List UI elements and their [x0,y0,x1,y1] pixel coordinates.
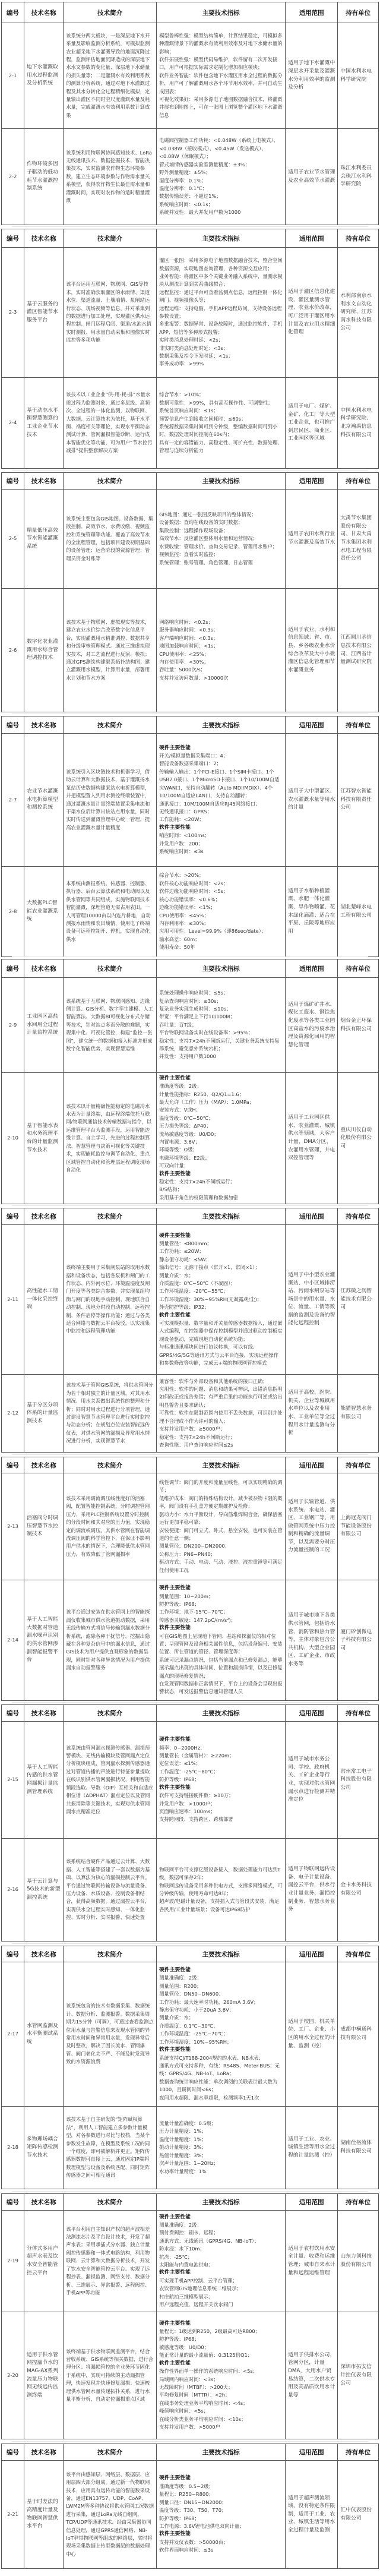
spec-item: 公称压力：PN6~PN40； [159,1551,283,1558]
header-name: 技术名称 [24,229,64,248]
cell-name: 基于动态水平衡智慧测算的工业企业节水技术 [24,378,64,469]
cell-intro: 该终端基于供水物联网监测平台，结合营收系统、GIS系统等相关数据，进行合理分区；… [64,2312,157,2439]
cell-specs: 硬件主要性能测量准确度：2级；预付费阀控：刷卡、远程；通讯方式：无线通讯（GPR… [157,2211,286,2312]
spec-item: 工作环境湿度：30%~95%RH(无凝露/粉尘)； [159,1296,283,1303]
spec-item: 稳定性：支持7×24h不间断运行； [159,1178,283,1186]
spec-item: 无故障时间（MTBF）：>200天； [159,2384,283,2391]
spec-item: 驱动方式：手动、电动、气动、液控、液控重锤等可满足任何使用工况 [159,1558,283,1574]
spec-item: 业务智能：将灌区中多个关键业务融入系统中，量测水模块从测流计算到关系曲线拟合； [159,273,283,289]
spec-item: 温度分辨率：0.1℃； [159,185,283,192]
technology-table: 编号技术名称技术简介主要技术指标适用范围持有单位2-19分体式多用户超声水表及饮… [1,2193,379,2439]
cell-name: 基于云服务的灌区智能节水服务平台 [24,248,64,378]
spec-item: 多重报警：数据异常、设备故障时，通过监控软件、手机APP、短信等多种形式报警； [159,320,283,336]
cell-name: 工业园区高盐水回用全过程计量监控系统 [24,978,64,1073]
header-specs: 主要技术指标 [157,1208,286,1225]
page-break-line [12,2191,368,2192]
cell-intro: 本系统由测报系统、传感器、控制器、执行器、后台云算法系统和电动阀以及供水管网等共… [64,867,157,957]
cell-specs: 硬件主要性能测量管径：≤800mm；工作功耗：≤20W；静态值守功耗：≤5W；输… [157,1225,286,1375]
spec-item: 外壳防护等级：IP32； [159,1303,283,1311]
header-id: 编号 [2,473,24,490]
table-header-row: 编号技术名称技术简介主要技术指标适用范围持有单位 [2,229,379,248]
header-scope: 适用范围 [286,473,338,490]
cell-intro: 该技术基于物联网、虚拟现实等技术，建立农业水价综合改革数字化信息平台，实现灌溉用… [64,589,157,712]
spec-item: 防护等级：IP68； [159,1776,283,1783]
spec-item: 集散控制：远程操作现场设备； [159,527,283,535]
spec-item: 并发用户数：>1000户； [159,1800,283,1808]
spec-item: 测量口径：DN15~DN2000； [159,2499,283,2506]
header-id: 编号 [2,1457,24,1473]
technology-table: 编号技术名称技术简介主要技术指标适用范围持有单位2-3基于云服务的灌区智能节水服… [1,229,379,469]
cell-id: 2-3 [2,248,24,378]
table-header-row: 编号技术名称技术简介主要技术指标适用范围持有单位 [2,959,379,978]
table-block: 编号技术名称技术简介主要技术指标适用范围持有单位2-5精量低压高效节水智能灌溉系… [1,472,379,712]
header-specs: 主要技术指标 [157,959,286,978]
spec-item: 物联网平台可支撑亿级设备接入，数据处理能力可达到T级，数据可保存2年； [159,1866,283,1882]
header-name: 技术名称 [24,1457,64,1473]
header-specs: 主要技术指标 [157,473,286,490]
spec-item: 环境等级：O级； [159,1146,283,1154]
cell-name: 基于时差法的高精度计量及物联网智慧供水平台 [24,2461,64,2569]
cell-scope: 适用于物联网远传设备、电子计量设备、漏控云平台，供水行业计量业务、漏损控制业务、… [286,1839,338,1942]
header-specs: 主要技术指标 [157,2194,286,2211]
spec-item: 无线通讯接口：GPRS； [159,808,283,816]
table-header-row: 编号技术名称技术简介主要技术指标适用范围持有单位 [2,1457,379,1473]
cell-scope: 适用于超声测流领域，没有特定条件限制，适用于工业、农业、城镇生活等用水全过程计量… [286,2461,338,2569]
page-break-line [12,226,368,227]
cell-specs: 硬件主要性能开关/模拟量数据采集端口：4；智能设备数据采集端口：2；传输输入输出… [157,734,286,867]
spec-item: 客户端响应时间：<0.3s； [159,634,283,642]
header-id: 编号 [2,2194,24,2211]
header-owner: 持有单位 [338,1946,379,1962]
spec-item: 工作环境湿度：10%~95%RH； [159,2038,283,2046]
spec-item: 最大允许（工作）压力（MAP）：1.0MPa； [159,1098,283,1106]
spec-section-heading: 软件主要性能 [159,1312,283,1319]
spec-item: 软件边缘功能响应时间：<5s； [159,888,283,895]
spec-item: 系统响应时间：≤3s [159,848,283,855]
page-break-line [12,1205,368,1206]
spec-item: 量程比：1级达到R250，2级最高可达R800； [159,2328,283,2335]
cell-id: 2-19 [2,2211,24,2312]
cell-specs: 硬件主要性能准确度等级：2级；计量性能指标：R250、Q2/Q1=1.6；最大允… [157,1073,286,1204]
cell-specs: 线性调节：阀门的开度和流量呈线性，可以实现精确的调节；低维护成本：阀门的特殊结构… [157,1473,286,1580]
spec-item: 测量介质：水； [159,2014,283,2022]
cell-owner: 熊猫智慧水务有限公司 [338,1375,379,1453]
spec-item: 测量管径：DN50~DN600； [159,1990,283,1998]
spec-item: 支持并发用户数：>5000户 [159,2423,283,2431]
spec-item: 与标准通讯模块间进行协议转换，可以有线、GPRS/4G/5G等通讯方式与云平台连… [159,1343,283,1367]
cell-owner: 厦门矽创微电子科技有限公司 [338,1580,379,1701]
cell-intro: 该系统包含的技术有数据采集、数据统计、数据分析、监测报警。数据采集周期为15分钟… [64,1962,157,2107]
spec-item: 压力计量精度：1%； [159,2127,283,2135]
cell-owner: 珠江水利委员会珠江水利科学研究院 [338,129,379,225]
cell-intro: 该技术以计量精确性能稳定的电磁冷水水表为计量终端，由远程终端依托互联网/物联网通… [64,1073,157,1204]
spec-item: 综合节水：>10%； [159,391,283,399]
cell-id: 2-12 [2,1375,24,1453]
spec-item: 实时类消息处理时延：<2s； [159,336,283,344]
spec-item: 数据采集及指令下发时延：<1s； [159,352,283,360]
spec-item: GIS地图：通过一张图反映项目的整体情况； [159,511,283,519]
cell-scope: 适用于工业园区供水、农业灌溉、城镇供水等领域，大客户计量、DMA分区、农灌用水管… [286,1073,338,1204]
cell-name: 基于智能水表和水务管理平台的计量监测节水技术 [24,1073,64,1204]
page-break-line [12,714,368,714]
spec-item: 水费收缴：管理水价、查询交易记录、管理用水账户； [159,543,283,551]
spec-item: 系统可记录漏点情况，包括当前漏点和已修复漏点，能够展示漏点出现的具体时间、位置和… [159,1656,283,1680]
table-row: 2-19分体式多用户超声水表及饮水安全智能管控云平台该平台利用自主知识产权的超声… [2,2211,379,2312]
cell-scope: 适用于供排水公司，管网分区，计量DMA，大用水户贸易结算，二次供水专用及高品质饮… [286,2312,338,2439]
header-name: 技术名称 [24,473,64,490]
cell-owner: 常州常工电子科技股份有限公司 [338,1722,379,1839]
spec-item: 高效节水：反应灌区整体用水量和运营情况； [159,535,283,542]
spec-section-heading: 硬件主要性能 [159,2320,283,2328]
cell-owner: 江苏微之润智能技术有限公司 [338,1225,379,1375]
spec-item: 系统处理操作响应时间：≤5s； [159,989,283,997]
spec-item: 在线事务处理业务平均响应时间：<4s； [159,2400,283,2407]
table-block: 编号技术名称技术简介主要技术指标适用范围持有单位2-21基于时差法的高精度计量及… [1,2444,379,2569]
header-name: 技术名称 [24,716,64,734]
spec-item: 安装便捷：阀门可立式、卧式、悬空安装，也可安装在管道的任意一侧； [159,1527,283,1543]
cell-intro: 该平台由感知层、网络层、数据层、应用层四大部分组成。通过新一代物联网技术，应用具… [64,2461,157,2569]
spec-item: 介质温度：0.1℃~30℃； [159,2022,283,2030]
spec-item: 电磁环境等级：E2级； [159,1154,283,1162]
spec-item: 热值计量精度：3%； [159,2152,283,2160]
table-row: 2-15基于人工智能传感的供水管网漏损计量监测管理系统该系统由管网漏水探测传感器… [2,1722,379,1839]
table-header-row: 编号技术名称技术简介主要技术指标适用范围持有单位 [2,2194,379,2211]
header-owner: 持有单位 [338,2444,379,2461]
spec-item: 事务成功率：>99% [159,360,283,368]
cell-id: 2-21 [2,2461,24,2569]
spec-item: 工作电源：3.6V锂电池供电双向计量； [159,2523,283,2530]
cell-id: 2-4 [2,378,24,469]
spec-item: 准确度等级：0.5~2级； [159,2483,283,2490]
spec-item: 核心功能错误率：<0.6%； [159,896,283,904]
header-name: 技术名称 [24,1208,64,1225]
table-row: 2-13活塞阀分时调压智慧节水控制技术该技术采用调流调压线性度好的活塞阀，配置智… [2,1473,379,1580]
table-row: 2-2作物环境多因子驱动的低功耗节水灌溉控制系统该系统利用物联网协同感知技术、L… [2,129,379,225]
spec-section-heading: 软件主要性能 [159,2360,283,2367]
spec-item: 电磁阀控制器工作功耗：<0.048W（系统上电模式）、<0.038W（接收模式）… [159,137,283,160]
spec-item: 次声计量范围：1~20Hz； [159,2160,283,2167]
spec-item: 设备数据：查询在线设备的实时数据； [159,519,283,526]
header-id: 编号 [2,1208,24,1225]
spec-item: 安装方式：V或H； [159,1106,283,1114]
spec-item: 局域网内响应时间：<3s； [159,2376,283,2384]
cell-specs: 物联网平台可支撑亿级设备接入，数据处理能力可达到T级，数据可保存2年；物联网远传… [157,1839,286,1942]
cell-id: 2-16 [2,1839,24,1942]
header-specs: 主要技术指标 [157,2,286,23]
table-row: 2-12基于分区分项体系的计量监测技术该技术基于管网GIS系统，将供水管网分为若… [2,1375,379,1453]
table-row: 2-8大数据PLC智能农业灌溉系统本系统由测报系统、传感器、控制器、执行器、后台… [2,867,379,957]
header-intro: 技术简介 [64,1946,157,1962]
cell-intro: 该终端主要用于采集闸泵站的取用水数据和设备状态，包括各泵机和闸门的工作状态、内外… [64,1225,157,1375]
spec-item: 测量介质：水； [159,1272,283,1280]
spec-item: 兼容性：软件与外部设备和其他系统的接口正确； [159,1378,283,1385]
cell-owner: 水利部南京水利水文自动化研究所、江苏南水科技有限公司 [338,248,379,378]
cell-name: 数字化农业灌溉用水综合管理调控技术 [24,589,64,712]
spec-item: B/S结构； [159,1186,283,1194]
spec-item: 吞吐量：5000次/s； [159,666,283,674]
cell-id: 2-13 [2,1473,24,1580]
spec-section-heading: 软件主要性能 [159,1784,283,1792]
page-break-line [12,1702,368,1703]
spec-item: 智能设备数据采集端口：2； [159,760,283,768]
spec-item: 吞吐量：百T级； [159,1021,283,1029]
spec-item: 测量管径：≤800mm； [159,1240,283,1248]
header-id: 编号 [2,2444,24,2461]
spec-item: 支持并发访问数量：>10000次 [159,674,283,682]
header-intro: 技术简介 [64,2194,157,2211]
table-header-row: 编号技术名称技术简介主要技术指标适用范围持有单位 [2,1208,379,1225]
technology-table: 编号技术名称技术简介主要技术指标适用范围持有单位2-21基于时差法的高精度计量及… [1,2444,379,2569]
spec-item: 通讯方式可支持多种，有线：RS485、Meter-BUS；无线：GPRS/4G、… [159,2062,283,2078]
cell-id: 2-2 [2,129,24,225]
cell-specs: 硬件主要性能准确度等级：0.5~2级；量程比：R250~R800；测量口径：DN… [157,2461,286,2569]
header-scope: 适用范围 [286,716,338,734]
spec-section-heading: 硬件主要性能 [159,744,283,752]
spec-item: 测量准确度：2级； [159,2221,283,2229]
cell-specs: 硬件主要性能测量准确度：2级；测量范围：R200；测量管径：DN50~DN600… [157,1962,286,2107]
spec-item: 温度计量精度：1%； [159,2136,283,2143]
spec-item: 预警信息产生到接收之间耗时：≤60s； [159,415,283,423]
spec-item: 通讯接口：10M/100M自适应RJ45网络接口； [159,800,283,808]
table-row: 2-20适用于供水管网控漏节水的MAG-AX系列流量压力物联网无线远传监测终端该… [2,2312,379,2439]
header-id: 编号 [2,1705,24,1722]
spec-item: 稳定性：支持7×24h不间断运行，关键业务系统支持集群系统，避免意外系统宕机； [159,1037,283,1053]
spec-item: 数据可靠性：>99%，具有高互操作性、可调整性； [159,399,283,407]
cell-owner: 金卡水务科技有限公司 [338,1839,379,1942]
page-break-line [12,470,368,471]
cell-intro: 该系统基于互联网、物联网感知、边缘侧计算、GIS分析、数字孪生建模、人工智能算法… [64,978,157,1073]
table-row: 2-18多物理场耦合矩阵传感检测节水技术该技术基于自主研发的“矩阵赋权算法”，利… [2,2107,379,2189]
spec-item: 可靠性：软件在限制范围内使用不丢失数据，可识别并处理不合理或不作为许可的输入； [159,1409,283,1425]
spec-item: 稳定性：支持7×24h不间断运行； [159,1434,283,1441]
spec-item: 并发用户数：200； [159,840,283,848]
technology-table: 编号技术名称技术简介主要技术指标适用范围持有单位2-5精量低压高效节水智能灌溉系… [1,472,379,712]
table-row: 2-14基于人工智能大数据对管道漏水噪声识别的供水管网渗漏智能报警平台该平台通过… [2,1580,379,1701]
cell-id: 2-9 [2,978,24,1073]
cell-intro: 该系统分两大板块，一是深层地下水开采量及影响监测分析系统，可模拟监测农业超采地下… [64,23,157,129]
header-id: 编号 [2,2,24,23]
spec-item: 开关/模拟量数据采集端口：4； [159,752,283,760]
spec-item: CPU使用率：≤45%； [159,912,283,920]
page-break-line [12,956,368,957]
table-row: 2-5精量低压高效节水智能灌溉系统该系统主要包含GIS地图、设备数据、集散控制、… [2,490,379,589]
cell-scope: 适用于城市水务公司、学校、政府机关、工矿企业等行业，实现对供水管网漏水点进行检测… [286,1722,338,1839]
table-block: 编号技术名称技术简介主要技术指标适用范围持有单位2-3基于云服务的灌区智能节水服… [1,229,379,469]
header-scope: 适用范围 [286,959,338,978]
header-name: 技术名称 [24,1946,64,1962]
cell-id: 2-10 [2,1073,24,1204]
header-specs: 主要技术指标 [157,1457,286,1473]
spec-item: 查询性能：用户查询响应时间≤2s [159,1441,283,1449]
spec-item: 村庄航拍三维模型展示； [159,2293,283,2301]
spec-item: 计量性能指标：R250、Q2/Q1=1.6； [159,1091,283,1098]
cell-name: 多物理场耦合矩阵传感检测节水技术 [24,2107,64,2189]
technology-table: 编号技术名称技术简介主要技术指标适用范围持有单位2-13活塞阀分时调压智慧节水控… [1,1457,379,1701]
spec-item: 复杂业务实现生成时间：≤10s； [159,1005,283,1013]
spec-item: 响应时间：<100ms； [159,832,283,839]
header-specs: 主要技术指标 [157,2444,286,2461]
spec-item: 传输输入输出：1个PCI-E接口、1个SIM卡接口、1个USB2.0接口、1个M… [159,768,283,800]
spec-item: 工作环境温度：-20℃~55℃； [159,1287,283,1295]
cell-intro: 该系统结合硬件产品通过云计算、大数据、人工智能等搭建了一套以数据为基础、以算法为… [64,1839,157,1942]
cell-name: 作物环境多因子驱动的低功耗节水灌溉控制系统 [24,129,64,225]
cell-id: 2-8 [2,867,24,957]
header-owner: 持有单位 [338,1705,379,1722]
page-break-line [12,2441,368,2442]
cell-owner: 江苏智水智能科技有限责任公司 [338,734,379,867]
header-scope: 适用范围 [286,1457,338,1473]
table-header-row: 编号技术名称技术简介主要技术指标适用范围持有单位 [2,2,379,23]
spec-item: 可实现手机APP控制、云平台管理； [159,2277,283,2285]
header-intro: 技术简介 [64,1208,157,1225]
cell-owner: 江西圆川丞信息技术有限公司、江西省计量测试研究院 [338,589,379,712]
spec-item: 传感器灵敏度：147.2pC/(m/s²)； [159,1617,283,1624]
spec-item: 超声波/电磁计量设备，支持插入式与管段式安装，满足各民用/工业计量场景；设备可达… [159,1898,283,1914]
spec-item: 工作能耗：<20W； [159,816,283,823]
spec-item: 支持并发仪表数：>50000台； [159,2539,283,2546]
spec-item: 软件拓展性强：模型代码易维护，软件留有二次开发接口，用户可根据实际需求定制化增加… [159,56,283,72]
spec-item: 可双向计量； [159,1162,283,1170]
spec-item: 峰值响应时间：<5s； [159,2407,283,2415]
spec-section-heading: 硬件主要性能 [159,1075,283,1082]
cell-scope: 适用于农田水利行业节水灌溉及高效节水 [286,490,338,589]
spec-section-heading: 软件主要性能 [159,2269,283,2277]
spec-item: 线性调节：阀门的开度和流量呈线性，可以实现精确的调节； [159,1479,283,1495]
header-intro: 技术简介 [64,229,157,248]
cell-intro: 该系统主要包含GIS地图、设备数据、集散控制、高效节水、水费收缴、视频监控和系统… [64,490,157,589]
cell-intro: 该技术以工业企业“供-用-耗-排”水量水质过程为监测对象，通过多层级、高频次、全… [64,378,157,469]
table-row: 2-21基于时差法的高精度计量及物联网智慧供水平台该平台由感知层、网络层、数据层… [2,2461,379,2569]
cell-id: 2-15 [2,1722,24,1839]
cell-id: 2-17 [2,1962,24,2107]
spec-item: 系统首页响应时间：≤1s； [159,407,283,415]
spec-item: 管式墒情传感器实验室测量精度：±3%； [159,161,283,169]
cell-name: 水管网监测及水平衡测试系统 [24,1962,64,2107]
cell-intro: 该技术基于自主研发的“矩阵赋权算法”，利用人工智能建立多参数计量模型，对各参数进… [64,2107,157,2189]
spec-section-heading: 硬件主要性能 [159,1736,283,1744]
cell-scope: 适用于煤矿矿井水、煤化工废水、钢铁焦化废水等各类工业园区高盐水的污废水治理及资源… [286,978,338,1073]
cell-name: 精量低压高效节水智能灌溉系统 [24,490,64,589]
spec-item: 采用基于角色的权限管理和数据加密 [159,1194,283,1202]
table-row: 2-10基于智能水表和水务管理平台的计量监测节水技术该技术以计量精确性能稳定的电… [2,1073,379,1204]
cell-specs: 灌区一张图：采用多源电子地图数据融合技术，整合空间数据资源，实现地图查询管理，各… [157,248,286,378]
spec-item: 边缘功能错误率：<1%； [159,904,283,911]
header-specs: 主要技术指标 [157,229,286,248]
spec-item: 软件界面响应时间：≤3s [159,2546,283,2554]
table-header-row: 编号技术名称技术简介主要技术指标适用范围持有单位 [2,2444,379,2461]
spec-item: 抗冻：-25℃； [159,2253,283,2261]
header-intro: 技术简介 [64,716,157,734]
cell-name: 基于人工智能大数据对管道漏水噪声识别的供水管网渗漏智能报警平台 [24,1580,64,1701]
header-name: 技术名称 [24,959,64,978]
page-break-line [12,1943,368,1944]
spec-item: 系统并发性：最大并发用户数为1000 [159,209,283,216]
spec-item: 流量计量准确度：0.5级； [159,2120,283,2127]
spec-item: 工作环境温度：-25℃~70℃； [159,2030,283,2038]
spec-item: 湿度分辨率：0.1%； [159,177,283,185]
spec-item: 数据传输误差：不超过1%； [159,192,283,200]
header-owner: 持有单位 [338,473,379,490]
spec-item: 预付费阀控：刷卡、远程； [159,2229,283,2237]
cell-owner: 上海冠龙阀门节能设备股份有限公司 [338,1473,379,1580]
spec-item: 介质温度：0℃~50℃（不凝固）； [159,1280,283,1287]
technology-table: 编号技术名称技术简介主要技术指标适用范围持有单位2-1地下水灌溉取用水过程监测及… [1,2,379,225]
technology-table: 编号技术名称技术简介主要技术指标适用范围持有单位2-11高性能水工情一体化采控终… [1,1208,379,1453]
cell-owner: 成都中横通科技有限公司 [338,1962,379,2107]
spec-item: 通讯方式：无线通讯（GPRS/4G、NB-IoT）； [159,2237,283,2245]
spec-item: 系统响应时间：<0.1s； [159,201,283,209]
cell-scope: 适用于长输管道、供水系统、水电站、灌区、工业钢厂等，用做管网系统中压力控制和精确… [286,1473,338,1580]
cell-owner: 深圳市拓安信计控仪表有限公司 [338,2312,379,2439]
table-row: 2-1地下水灌溉取用水过程监测及分析系统该系统分两大板块，一是深层地下水开采量及… [2,23,379,129]
spec-item: 输出信号：无源干接点（常开×1，常闭×1）； [159,1264,283,1271]
cell-owner: 中国水利水电科学研究院、北京瀚禹信息科技有限公司 [338,378,379,469]
header-intro: 技术简介 [64,959,157,978]
cell-name: 基于云计算与5G技术的新型漏控系统 [24,1839,64,1942]
spec-item: 可在GIS地图上呈现地下管网、基站和探漏仪的相对位置；呈现管网及设备相关属性信息… [159,1633,283,1656]
spec-item: 远程运维：支持电脑、手机APP远程访问，支持设备远程参数设置； [159,305,283,321]
cell-intro: 该系统由管网漏水探测传感器、漏损预警模块、无线传输模块及管网漏点定位分析模块组成… [64,1722,157,1839]
cell-specs: 流量计量准确度：0.5级；压力计量精度：1%；温度计量精度：1%；振动计量精度：… [157,2107,286,2189]
cell-name: 活塞阀分时调压智慧节水控制技术 [24,1473,64,1580]
header-name: 技术名称 [24,1705,64,1722]
technology-table: 编号技术名称技术简介主要技术指标适用范围持有单位2-7农业节水灌溉水电折算模型和… [1,716,379,957]
cell-owner: 烟台金正环保科技有限公司 [338,978,379,1073]
spec-item: 软件业务智能：软件包含地下水灌区用水全过程的数据分析，用户可了解灌溉用水各个环节… [159,72,283,96]
header-owner: 持有单位 [338,229,379,248]
spec-item: 测量管长（金属管材）：≥220m； [159,1752,283,1760]
table-block: 编号技术名称技术简介主要技术指标适用范围持有单位2-11高性能水工情一体化采控终… [1,1208,379,1453]
spec-item: 内置电源：3.6V； [159,1138,283,1146]
spec-item: 内存使用率：<30%； [159,658,283,666]
spec-item: 远程监控：通过平台可查看监测点信息，远程控制一体化闸门、视频摄像头等； [159,289,283,305]
cell-scope: 适用于工业、农业、城镇生活等用水全过程的计量监测（控） [286,2107,338,2189]
cell-name: 地下水灌溉取用水过程监测及分析系统 [24,23,64,129]
header-id: 编号 [2,229,24,248]
table-block: 编号技术名称技术简介主要技术指标适用范围持有单位2-19分体式多用户超声水表及饮… [1,2193,379,2439]
cell-scope: 适用于农业节水管理及农业高效节水灌溉 [286,129,338,225]
cell-name: 基于人工智能传感的供水管网漏损计量监测管理系统 [24,1722,64,1839]
cell-name: 高性能水工情一体化采控终端 [24,1225,64,1375]
cell-intro: 该系统利用物联网协同感知技术、LoRa无线通讯技术、数据挖掘技术、智能决策技术，… [64,129,157,225]
table-header-row: 编号技术名称技术简介主要技术指标适用范围持有单位 [2,1946,379,1962]
table-block: 编号技术名称技术简介主要技术指标适用范围持有单位2-15基于人工智能传感的供水管… [1,1704,379,1942]
spec-item: 软件可支持链接硬件数：≥10万； [159,1792,283,1800]
header-specs: 主要技术指标 [157,716,286,734]
spec-item: 综合节水：>20%； [159,872,283,879]
cell-specs: 硬件主要性能测量范围：10~200m；防护等级：IP68；工作环境：地下-15℃… [157,1580,286,1701]
spec-item: 用户远程充值、远程开关饮水阀门 [159,2301,283,2309]
cell-scope: 适用于大中型灌区、农水灌溉水量等用水的计量 [286,734,338,867]
spec-item: 系统管理：账号管理、角色管理、日志管理 [159,559,283,567]
spec-item: 系统支持CJ/T188-2004规约的水表、NB水表； [159,2054,283,2062]
cell-owner: 中国水利水电科学研究院 [338,23,379,129]
spec-item: 数据查询统计响应性能：单次调阅的关联表计最大数为1000，且调阅时间<6s； [159,2078,283,2094]
header-name: 技术名称 [24,2194,64,2211]
spec-item: 振动计量精度：3%； [159,2143,283,2151]
cell-specs: 硬件主要性能量程比：1级达到R250，2级最高可达R800；防护等级：IP68；… [157,2312,286,2439]
spec-item: 可视化效果好：采用多源电子地图数据融合技术，将灌溉井展布到地图上，可在一张图上浏… [159,96,283,119]
cell-specs: 兼容性：软件与外部设备和其他系统的接口正确；应用性：软件的问题、消息和结果可辨识… [157,1375,286,1453]
spec-section-heading: 硬件主要性能 [159,1232,283,1240]
header-id: 编号 [2,1946,24,1962]
spec-item: 量程比：R250~R800； [159,2490,283,2498]
spec-section-heading: 硬件主要性能 [159,1966,283,1974]
header-scope: 适用范围 [286,1705,338,1722]
table-block: 编号技术名称技术简介主要技术指标适用范围持有单位2-17水管网监测及水平衡测试系… [1,1946,379,2189]
cell-specs: 综合节水：>20%；软件核心功能响应时间：<2s；软件边缘功能响应时间：<5s；… [157,867,286,957]
spec-item: 工作功耗：最大速率时功耗，260mA 3.6V； [159,1999,283,2006]
